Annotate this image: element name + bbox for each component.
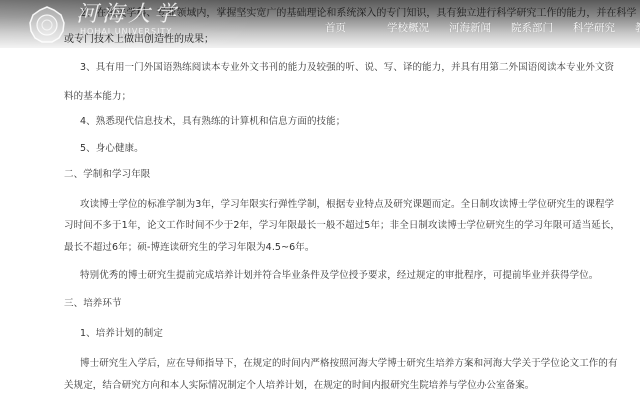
document-line: 5、身心健康。 — [80, 140, 144, 154]
document-line: 料的基本能力； — [64, 88, 131, 102]
university-emblem-icon[interactable] — [28, 6, 66, 44]
document-line: 4、熟悉现代信息技术，具有熟练的计算机和信息方面的技能； — [80, 113, 345, 127]
document-line: 博士研究生入学后，应在导师指导下，在规定的时间内严格按照河海大学博士研究生培养方… — [80, 355, 618, 369]
document-line: 3、具有用一门外国语熟练阅读本专业外文书刊的能力及较强的听、说、写、译的能力，并… — [80, 59, 614, 73]
nav-about[interactable]: 学校概况 — [387, 20, 435, 35]
page: 河海大学 HOHAI UNIVERSITY 首页 学校概况 河海新闻 院系部门 … — [0, 0, 640, 400]
document-line: 习时间不多于1年，论文工作时间不少于2年，学习年限最长一般不超过5年；非全日制攻… — [64, 217, 620, 231]
nav-education[interactable]: 教育教 — [635, 20, 640, 35]
university-logo-text[interactable]: 河海大学 — [76, 2, 180, 28]
nav-departments[interactable]: 院系部门 — [511, 20, 559, 35]
main-nav: 首页 学校概况 河海新闻 院系部门 科学研究 教育教 — [325, 20, 640, 35]
university-logo-subtitle: HOHAI UNIVERSITY — [80, 27, 172, 36]
nav-home[interactable]: 首页 — [325, 20, 373, 35]
section-heading: 二、学制和学习年限 — [64, 166, 150, 180]
document-line: 最长不超过6年；硕-博连读研究生的学习年限为4.5~6年。 — [64, 239, 315, 253]
document-line: 特别优秀的博士研究生提前完成培养计划并符合毕业条件及学位授予要求，经过规定的审批… — [80, 267, 598, 281]
nav-news[interactable]: 河海新闻 — [449, 20, 497, 35]
nav-research[interactable]: 科学研究 — [573, 20, 621, 35]
document-line: 关规定，结合研究方向和本人实际情况制定个人培养计划，在规定的时间内报研究生院培养… — [64, 377, 534, 391]
section-heading: 三、培养环节 — [64, 295, 122, 309]
subsection-heading: 1、培养计划的制定 — [80, 325, 163, 339]
document-line: 攻读博士学位的标准学制为3年，学习年限实行弹性学制，根据专业特点及研究课题而定。… — [80, 196, 614, 210]
